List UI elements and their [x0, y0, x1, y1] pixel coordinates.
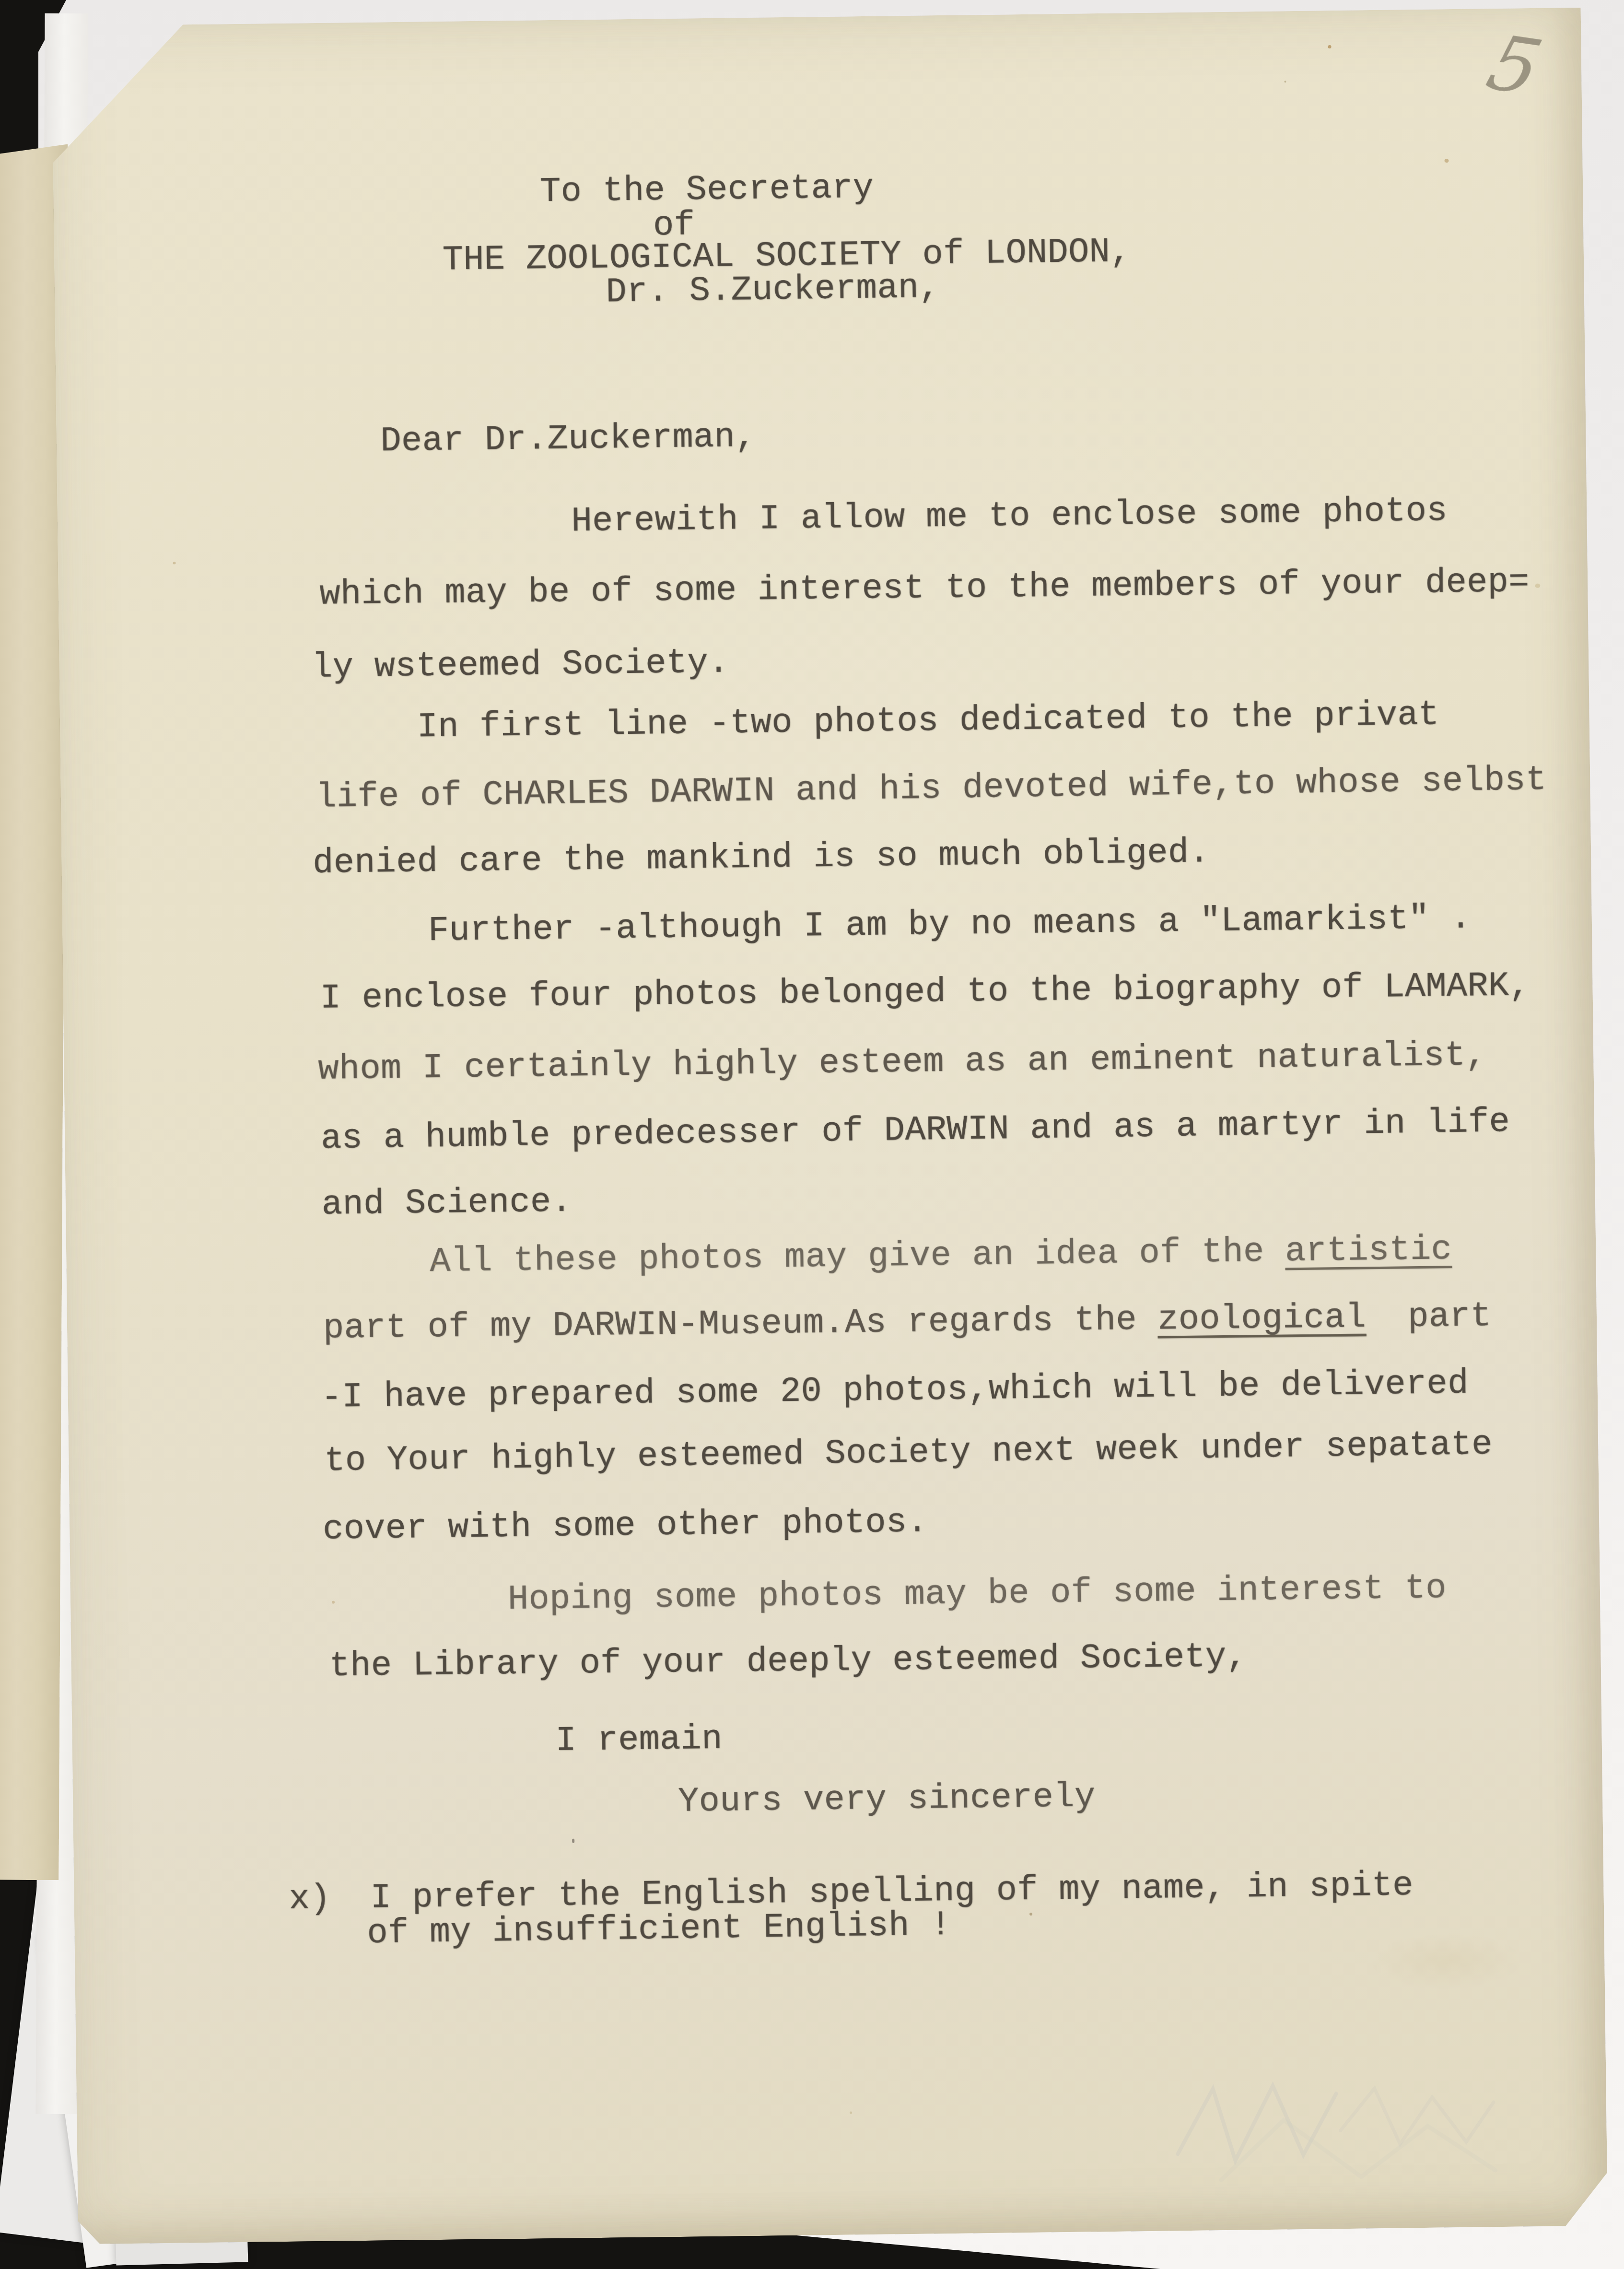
recipient-line-1: To the Secretary	[540, 171, 874, 209]
paper-speckle	[1328, 45, 1332, 48]
paragraph-3-line-1: Further -although I am by no means a "La…	[428, 901, 1472, 949]
ink-mark	[572, 1839, 574, 1843]
paper-speckle	[1444, 159, 1449, 163]
paper-speckle	[850, 2112, 852, 2114]
recipient-line-4: Dr. S.Zuckerman,	[606, 270, 940, 309]
paragraph-4-line-1: All these photos may give an idea of the…	[430, 1232, 1452, 1279]
paragraph-3-line-4: as a humble predecesser of DARWIN and as…	[321, 1105, 1510, 1156]
paragraph-3-line-2: I enclose four photos belonged to the bi…	[320, 968, 1530, 1015]
paragraph-2-line-3: denied care the mankind is so much oblig…	[313, 835, 1210, 881]
paper-speckle	[332, 1601, 335, 1604]
paragraph-2-line-2: life of CHARLES DARWIN and his devoted w…	[315, 763, 1547, 815]
paragraph-5-line-2: the Library of your deeply esteemed Soci…	[329, 1639, 1247, 1683]
paragraph-4-line-1-text: All these photos may give an idea of the	[430, 1232, 1285, 1281]
paragraph-3-line-5: and Science.	[321, 1185, 572, 1222]
closing-i-remain: I remain	[555, 1722, 723, 1758]
paragraph-1-line-1: Herewith I allow me to enclose some phot…	[571, 494, 1448, 539]
salutation: Dear Dr.Zuckerman,	[380, 420, 756, 459]
paper-speckle	[1284, 81, 1286, 82]
paragraph-3-line-3: whom I certainly highly esteem as an emi…	[318, 1038, 1486, 1087]
paragraph-4-line-2-tail: part	[1366, 1296, 1492, 1337]
paragraph-4-line-4: to Your highly esteemed Society next wee…	[324, 1427, 1493, 1479]
paper-speckle	[1029, 1913, 1032, 1916]
letter-page: 5 To the Secretary of THE ZOOLOGICAL SOC…	[51, 8, 1608, 2245]
paragraph-4-line-3: -I have prepared some 20 photos,which wi…	[321, 1366, 1469, 1415]
paper-speckle	[173, 562, 176, 564]
paragraph-4-line-5: cover with some other photos.	[323, 1505, 928, 1547]
paragraph-1-line-2: which may be of some interest to the mem…	[319, 564, 1530, 611]
faint-pencil-scribble	[1157, 2030, 1562, 2222]
paragraph-5-line-1: Hoping some photos may be of some intere…	[508, 1571, 1447, 1617]
paragraph-1-line-3: ly wsteemed Society.	[312, 645, 729, 685]
closing-yours-sincerely: Yours very sincerely	[678, 1779, 1096, 1819]
typewritten-text: To the Secretary of THE ZOOLOGICAL SOCIE…	[51, 8, 1608, 2245]
paragraph-2-line-1: In first line -two photos dedicated to t…	[417, 697, 1439, 744]
underlined-word-artistic: artistic	[1285, 1230, 1452, 1271]
underlined-word-zoological: zoological	[1157, 1298, 1367, 1340]
paper-speckle	[433, 1263, 436, 1265]
footnote-line-2: of my insufficient English !	[367, 1908, 951, 1951]
paragraph-4-line-2-text: part of my DARWIN-Museum.As regards the	[323, 1300, 1158, 1348]
footnote-marker: x)	[289, 1881, 331, 1916]
paragraph-4-line-2: part of my DARWIN-Museum.As regards the …	[323, 1299, 1492, 1346]
scanner-bed: 5 To the Secretary of THE ZOOLOGICAL SOC…	[0, 0, 1624, 2269]
